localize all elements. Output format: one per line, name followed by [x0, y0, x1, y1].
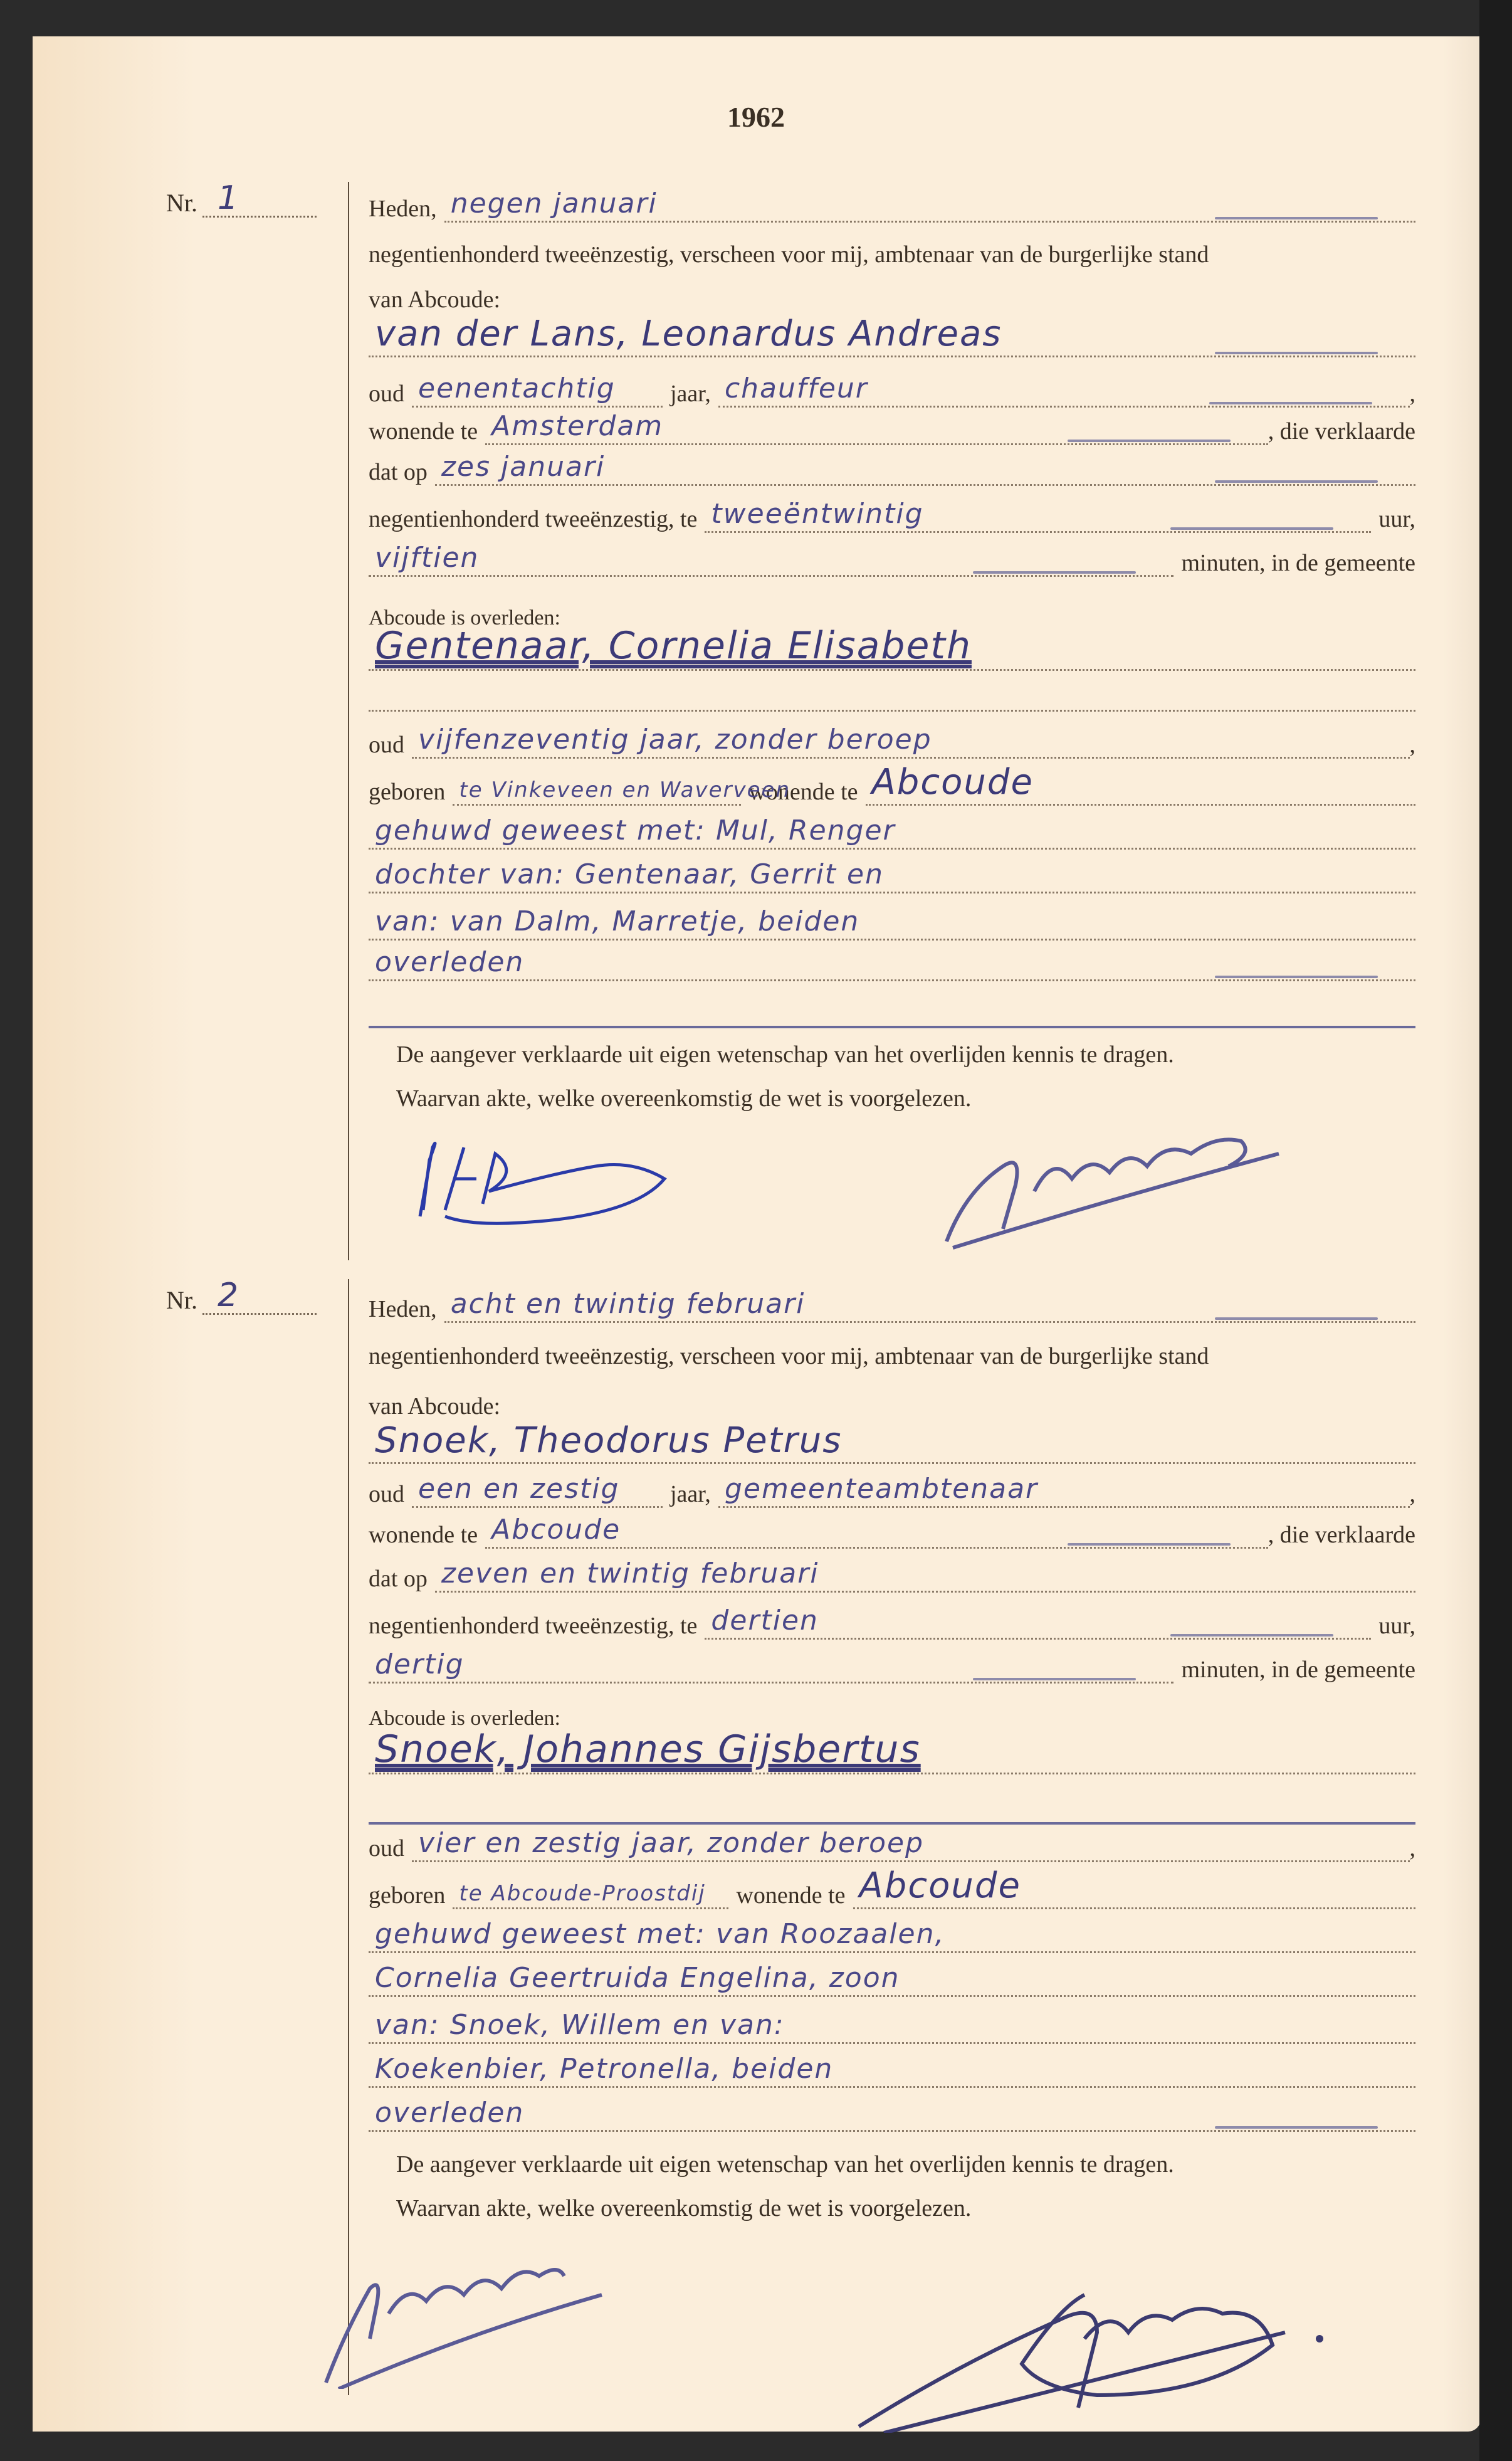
declarant-name-field: Snoek, Theodorus Petrus — [369, 1430, 1415, 1464]
spouse-line: gehuwd geweest met: Mul, Renger — [369, 812, 1415, 850]
record-number-value: 2 — [218, 1277, 238, 1314]
death-date-field: zes januari — [435, 451, 1415, 486]
spouse-field: gehuwd geweest met: van Roozaalen, — [369, 1919, 1415, 1953]
van-abcoude-line: van Abcoude: — [369, 276, 1415, 314]
death-minutes-field: vijftien — [369, 542, 1173, 577]
blank-line — [369, 674, 1415, 712]
deceased-age-occupation-field: vijfenzeventig jaar, zonder beroep — [412, 724, 1410, 759]
declarant-age-field: eenentachtig — [412, 373, 663, 408]
spouse-field-2: Cornelia Geertruida Engelina, zoon — [369, 1963, 1415, 1997]
birthplace-field: te Vinkeveen en Waverveen — [453, 771, 741, 806]
heden-line: Heden, acht en twintig februari — [369, 1285, 1415, 1323]
declarant-residence-field: Abcoude — [485, 1514, 1268, 1549]
parents-line-3: overleden — [369, 2094, 1415, 2132]
signature-registrar-1 — [928, 1116, 1404, 1254]
parents-field-2: van: van Dalm, Marretje, beiden — [369, 906, 1415, 941]
declarant-residence-field: Amsterdam — [485, 411, 1268, 445]
declarant-name-line: Snoek, Theodorus Petrus — [369, 1426, 1415, 1464]
death-minutes-line: vijftien minuten, in de gemeente — [369, 539, 1415, 577]
parents-field-3: overleden — [369, 2097, 1415, 2132]
declarant-age-line: oud een en zestig jaar, gemeenteambtenaa… — [369, 1470, 1415, 1508]
parents-field-1: van: Snoek, Willem en van: — [369, 2010, 1415, 2044]
deceased-age-line: oud vijfenzeventig jaar, zonder beroep , — [369, 721, 1415, 759]
statement-knowledge: De aangever verklaarde uit eigen wetensc… — [396, 2151, 1174, 2178]
declarant-residence-line: wonende te Amsterdam , die verklaarde — [369, 408, 1415, 445]
deceased-age-occupation-field: vier en zestig jaar, zonder beroep — [412, 1828, 1410, 1862]
deceased-residence-field: Abcoude — [866, 771, 1416, 806]
death-date-field: zeven en twintig februari — [435, 1558, 1415, 1593]
parents-line-3: overleden — [369, 944, 1415, 981]
heden-line: Heden, negen januari — [369, 185, 1415, 223]
margin-rule-record-1 — [348, 182, 349, 1260]
overleden-line: Abcoude is overleden: — [369, 1693, 1415, 1731]
death-hour-field: tweeëntwintig — [705, 498, 1371, 533]
record-number-value: 1 — [218, 179, 238, 217]
record-number: Nr. 1 — [166, 188, 317, 218]
deceased-age-line: oud vier en zestig jaar, zonder beroep , — [369, 1825, 1415, 1862]
deceased-residence-field: Abcoude — [853, 1875, 1416, 1909]
death-hour-line: negentienhonderd tweeënzestig, te dertie… — [369, 1602, 1415, 1640]
record-number: Nr. 2 — [166, 1285, 317, 1315]
spouse-field: gehuwd geweest met: Mul, Renger — [369, 815, 1415, 850]
appeared-line: negentienhonderd tweeënzestig, verscheen… — [369, 231, 1415, 268]
death-minutes-line: dertig minuten, in de gemeente — [369, 1646, 1415, 1684]
closing-rule-line — [369, 991, 1415, 1028]
spouse-line: gehuwd geweest met: van Roozaalen, — [369, 1916, 1415, 1953]
death-date-line: dat op zes januari — [369, 448, 1415, 486]
deceased-name-line: Snoek, Johannes Gijsbertus — [369, 1737, 1415, 1774]
declarant-occupation-field: gemeenteambtenaar — [718, 1473, 1410, 1508]
registration-date-field: negen januari — [444, 188, 1415, 223]
death-hour-line: negentienhonderd tweeënzestig, te tweeën… — [369, 495, 1415, 533]
page-year-heading: 1962 — [0, 100, 1512, 134]
declarant-name-field: van der Lans, Leonardus Andreas — [369, 323, 1415, 357]
death-date-line: dat op zeven en twintig februari — [369, 1555, 1415, 1593]
registration-date-field: acht en twintig februari — [444, 1288, 1415, 1323]
deceased-name-line: Gentenaar, Cornelia Elisabeth — [369, 633, 1415, 671]
appeared-line: negentienhonderd tweeënzestig, verscheen… — [369, 1332, 1415, 1370]
death-minutes-field: dertig — [369, 1649, 1173, 1684]
statement-read-aloud: Waarvan akte, welke overeenkomstig de we… — [396, 2195, 971, 2222]
parents-line-2: van: van Dalm, Marretje, beiden — [369, 903, 1415, 941]
deceased-name-field: Gentenaar, Cornelia Elisabeth — [369, 636, 1415, 671]
parents-line-2: Koekenbier, Petronella, beiden — [369, 2050, 1415, 2088]
declarant-age-field: een en zestig — [412, 1473, 663, 1508]
book-spine-edge — [1479, 0, 1512, 2461]
statement-knowledge: De aangever verklaarde uit eigen wetensc… — [396, 1041, 1174, 1068]
birthplace-field: te Abcoude-Proostdij — [453, 1875, 728, 1909]
parents-line-1: van: Snoek, Willem en van: — [369, 2006, 1415, 2044]
parents-field-1: dochter van: Gentenaar, Gerrit en — [369, 859, 1415, 893]
margin-rule-record-2 — [348, 1279, 349, 2395]
signature-registrar-2 — [313, 2238, 790, 2389]
birthplace-line: geboren te Vinkeveen en Waverveen wonend… — [369, 768, 1415, 806]
statement-read-aloud: Waarvan akte, welke overeenkomstig de we… — [396, 1085, 971, 1112]
spouse-line-2: Cornelia Geertruida Engelina, zoon — [369, 1959, 1415, 1997]
declarant-residence-line: wonende te Abcoude , die verklaarde — [369, 1511, 1415, 1549]
death-hour-field: dertien — [705, 1605, 1371, 1640]
declarant-name-line: van der Lans, Leonardus Andreas — [369, 320, 1415, 357]
parents-field-2: Koekenbier, Petronella, beiden — [369, 2053, 1415, 2088]
declarant-occupation-field: chauffeur — [718, 373, 1410, 408]
signature-declarant-2 — [834, 2270, 1348, 2433]
birthplace-line: geboren te Abcoude-Proostdij wonende te … — [369, 1872, 1415, 1909]
parents-field-3: overleden — [369, 947, 1415, 981]
blank-line — [369, 1787, 1415, 1825]
signature-declarant-1 — [395, 1122, 721, 1235]
deceased-name-field: Snoek, Johannes Gijsbertus — [369, 1740, 1415, 1774]
van-abcoude-line: van Abcoude: — [369, 1383, 1415, 1420]
parents-line-1: dochter van: Gentenaar, Gerrit en — [369, 856, 1415, 893]
declarant-age-line: oud eenentachtig jaar, chauffeur , — [369, 370, 1415, 408]
